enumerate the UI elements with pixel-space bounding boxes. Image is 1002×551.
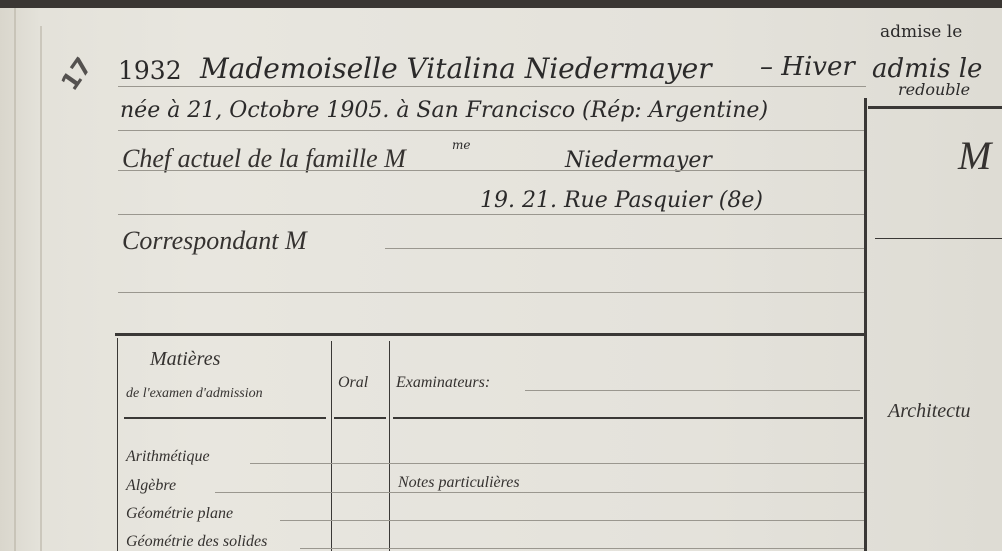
student-name: Mademoiselle Vitalina Niedermayer	[200, 52, 712, 85]
subject-item: Géométrie des solides	[126, 533, 267, 551]
ruled-line	[215, 492, 864, 493]
header-underline	[124, 417, 326, 419]
family-head-superscript: me	[452, 138, 470, 152]
subjects-header-sub: de l'examen d'admission	[126, 386, 263, 402]
notes-label: Notes particulières	[398, 474, 520, 492]
correspondent-line[interactable]	[385, 248, 866, 249]
ruled-line	[118, 130, 866, 131]
entry-year: 1932	[118, 56, 182, 85]
subjects-header: Matières	[150, 348, 220, 371]
address: 19. 21. Rue Pasquier (8e)	[480, 188, 763, 213]
subject-item: Arithmétique	[126, 448, 210, 466]
examiners-line[interactable]	[525, 390, 860, 391]
table-top-border	[115, 333, 867, 336]
oral-header: Oral	[338, 374, 368, 392]
subject-item: Algèbre	[126, 477, 176, 495]
ruled-line	[118, 86, 866, 87]
ruled-line	[118, 214, 866, 215]
page-edge	[14, 8, 16, 551]
margin-note-redouble: redouble	[898, 80, 970, 99]
ruled-line	[118, 292, 866, 293]
right-panel-top-border	[868, 106, 1002, 109]
examiners-label: Examinateurs:	[396, 374, 490, 392]
session: – Hiver	[760, 52, 855, 82]
birth-info: née à 21, Octobre 1905. à San Francisco …	[120, 98, 768, 123]
correspondent-label: Correspondant M	[122, 226, 307, 256]
margin-note-top: admise le	[880, 22, 962, 42]
header-underline	[393, 417, 863, 419]
subject-item: Géométrie plane	[126, 505, 233, 523]
table-left-border	[117, 338, 118, 551]
right-panel-initial: M	[958, 132, 991, 179]
ruled-line	[250, 463, 864, 464]
entry-number-stamp: 17	[56, 52, 98, 95]
page-edge	[40, 26, 42, 551]
architecture-label: Architectu	[888, 400, 971, 423]
ruled-line	[118, 170, 866, 171]
ruled-line	[300, 548, 864, 549]
right-panel-border	[864, 98, 867, 551]
ruled-line	[280, 520, 864, 521]
register-page: 17 1932 Mademoiselle Vitalina Niedermaye…	[0, 8, 1002, 551]
header-underline	[334, 417, 386, 419]
right-panel-divider	[875, 238, 1002, 239]
